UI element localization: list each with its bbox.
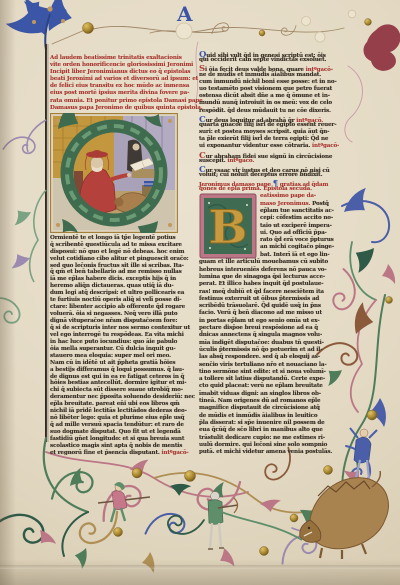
text-line: in hac luce puto iocundius: quo āie pabu…: [50, 339, 197, 346]
blue-acanthus-finial: [5, 0, 80, 50]
text-line: Damasus papa Jeronimo de quibus quinta e…: [50, 105, 197, 112]
text-line: mundū nunq̄ introiuit in os meū: vox de …: [199, 100, 347, 107]
text-line: de mūdis et inmūdis āialibus in leuitico: [199, 413, 347, 420]
text-line: eua q̄cūq̄ de sc̄o libri in manibus alto…: [199, 427, 347, 434]
text-line: ōia mella superantur. Cū dulcia inquit g…: [50, 346, 197, 353]
text-line: cepi: cōfestim accito no-: [260, 215, 347, 222]
illuminated-initial-B: B: [199, 193, 257, 259]
text-line: voluerā. ōia si negasses. Neq̄ vero illā…: [50, 311, 197, 318]
text-line: eius post mortē ipsius merita divina fov…: [50, 90, 197, 97]
wildman-figure: [350, 428, 377, 479]
left-column: Ad laudem beatissime trinitatis exaltaci…: [50, 55, 197, 457]
text-line: suo dogmate disputat. Quo fit ut et lege…: [50, 429, 197, 436]
text-line: respōdit. q̄d deus mūdauit tu ne cōe dix…: [199, 108, 347, 115]
text-line: senc̄io viris tertuliano nr̄o et nouacia…: [199, 362, 347, 369]
text-line: Si ōia fecit deus valde bona. quare intº…: [199, 64, 347, 71]
page-crease: [0, 565, 400, 569]
text-line: vel ego interrogē tu respōdeas. Ea vita …: [50, 332, 197, 339]
text-line: putā. et michi videtur amena venia postu…: [199, 449, 347, 456]
text-line: scolastico magis sint apta q̄ nobis de m…: [50, 443, 197, 450]
right-text-block: guam et ille articulū mouebamus cū subit…: [199, 259, 347, 456]
crossbowman-figure: [208, 492, 238, 549]
text-line: disposui: nō quo et legē nō debeas. hoc …: [50, 249, 197, 256]
text-line: mīa indigēt disputac̄oe: duabus tn̄ ques…: [199, 340, 347, 347]
text-line: guam et ille articulū mouebamus cū subit…: [199, 259, 347, 266]
silver-bezants: [176, 10, 356, 42]
text-line: īmabit viduas digni: an singlos libros o…: [199, 391, 347, 398]
text-line: maso Jeronimus. Postq̄: [260, 201, 347, 208]
text-line: Nam cū in idētē ut ait p̄pheta gratiā hō…: [50, 360, 197, 367]
text-line: velut cotidiano cibo alitur et pinguesci…: [50, 256, 197, 263]
text-line: an michi cogitac̄o pinge-: [260, 244, 347, 251]
wrapped-text-block: eatissimo pape da-maso Jeronimus. Postq̄…: [257, 193, 347, 259]
text-line: q̄ scribentē questiūcula ad te missa exc…: [50, 242, 197, 249]
text-line: trāstulit dedicare cupio: ne me estimes …: [199, 435, 347, 442]
text-line: quarta gn̄acōe filij isrl̄ de egipto ess…: [199, 122, 347, 129]
text-line: Cur abraham fidei sue signū in circūcisi…: [199, 151, 347, 158]
text-line: q̄ ad mille versuū spacia tendūtur: et r…: [50, 422, 197, 429]
initial-row: B eatissimo pape da-maso Jeronimus. Post…: [199, 193, 347, 259]
header-letter: A: [176, 2, 193, 26]
text-line: qui occiderit cain septē vindictas exsol…: [199, 57, 347, 64]
text-line: eatissimo pape da-: [260, 193, 347, 200]
text-line: perat. Et illico habes inquit q̄d postul…: [199, 281, 347, 288]
text-line: et regnorū fine et p̄sencia disputant. i…: [50, 450, 197, 457]
text-line: in portas ep̄lam ut ego senio omīa ut ex…: [199, 318, 347, 325]
text-line: uulū dormire. qui lec̄oni sine solo somp…: [199, 442, 347, 449]
text-line: stauero mea eloquia: super mel ori meo.: [50, 353, 197, 360]
red-leaf-ornament: [364, 24, 400, 71]
text-line: q̄ si de scripturis inter nos sermo cont…: [50, 325, 197, 332]
initial-letter: B: [209, 200, 248, 254]
jerome-miniature: [50, 113, 178, 233]
text-line: hebreus interueniēs deferens nō pauca vo…: [199, 267, 347, 274]
incipit-rubric: Ad laudem beatissime trinitatis exaltaci…: [50, 55, 197, 112]
text-line: d̄nicas annectens q̄ singula magnos volu…: [199, 332, 347, 339]
text-line: Cur deus loquitur ad abrahā q̄r intºgacō…: [199, 115, 347, 122]
text-line: cto quid placeat: verū ne ep̄lam breuita…: [199, 383, 347, 390]
spearman-figure: [98, 482, 150, 522]
right-column: Quid sibi vult q̄d in genesi scriptū est…: [199, 50, 347, 456]
text-line: a bestijs differamus q̄ loqui possumus. …: [50, 367, 197, 374]
text-line: Ormientē te et longo iā tp̄e legentē pot…: [50, 235, 197, 242]
text-line: taio ut exciperē impera-: [260, 223, 347, 230]
text-line: dignā vituperac̄oe nr̄am disputac̄oem fo…: [50, 318, 197, 325]
text-line: rata omnia. Et ponitur primo epistola Da…: [50, 98, 197, 105]
text-line: ras! meq̄ dubiū et q̄d facere nesciētem …: [199, 289, 347, 296]
left-text-block: Ormientē te et longo iā tp̄e legentē pot…: [50, 235, 197, 457]
left-border-bar: [0, 44, 48, 442]
text-line: ui exponantur videntur esse cōtraria. in…: [199, 143, 347, 150]
text-line: fastidiū gn̄et longitudo: et si qua breu…: [50, 436, 197, 443]
text-line: cum inmundū nichil boni esse posse: et i…: [199, 79, 347, 86]
text-line: las absq̄ respondere. sed q̄ ab eloquij …: [199, 354, 347, 361]
manuscript-page: A Ad laudem beatissime trinitatis exalta…: [0, 0, 400, 585]
text-line: bat. Interī iā et ego lin-: [260, 252, 347, 259]
reply-rubric: Jeronimus damaso pape ¶ gratias ad q̄dam…: [199, 179, 347, 193]
text-line: magnifice disputauit de circūcisione atq…: [199, 405, 347, 412]
questions-text-block: Quid sibi vult q̄d in genesi scriptū est…: [199, 50, 347, 179]
text-line: facio. Verū q̄ ben̄ diacono ad me misso …: [199, 310, 347, 317]
